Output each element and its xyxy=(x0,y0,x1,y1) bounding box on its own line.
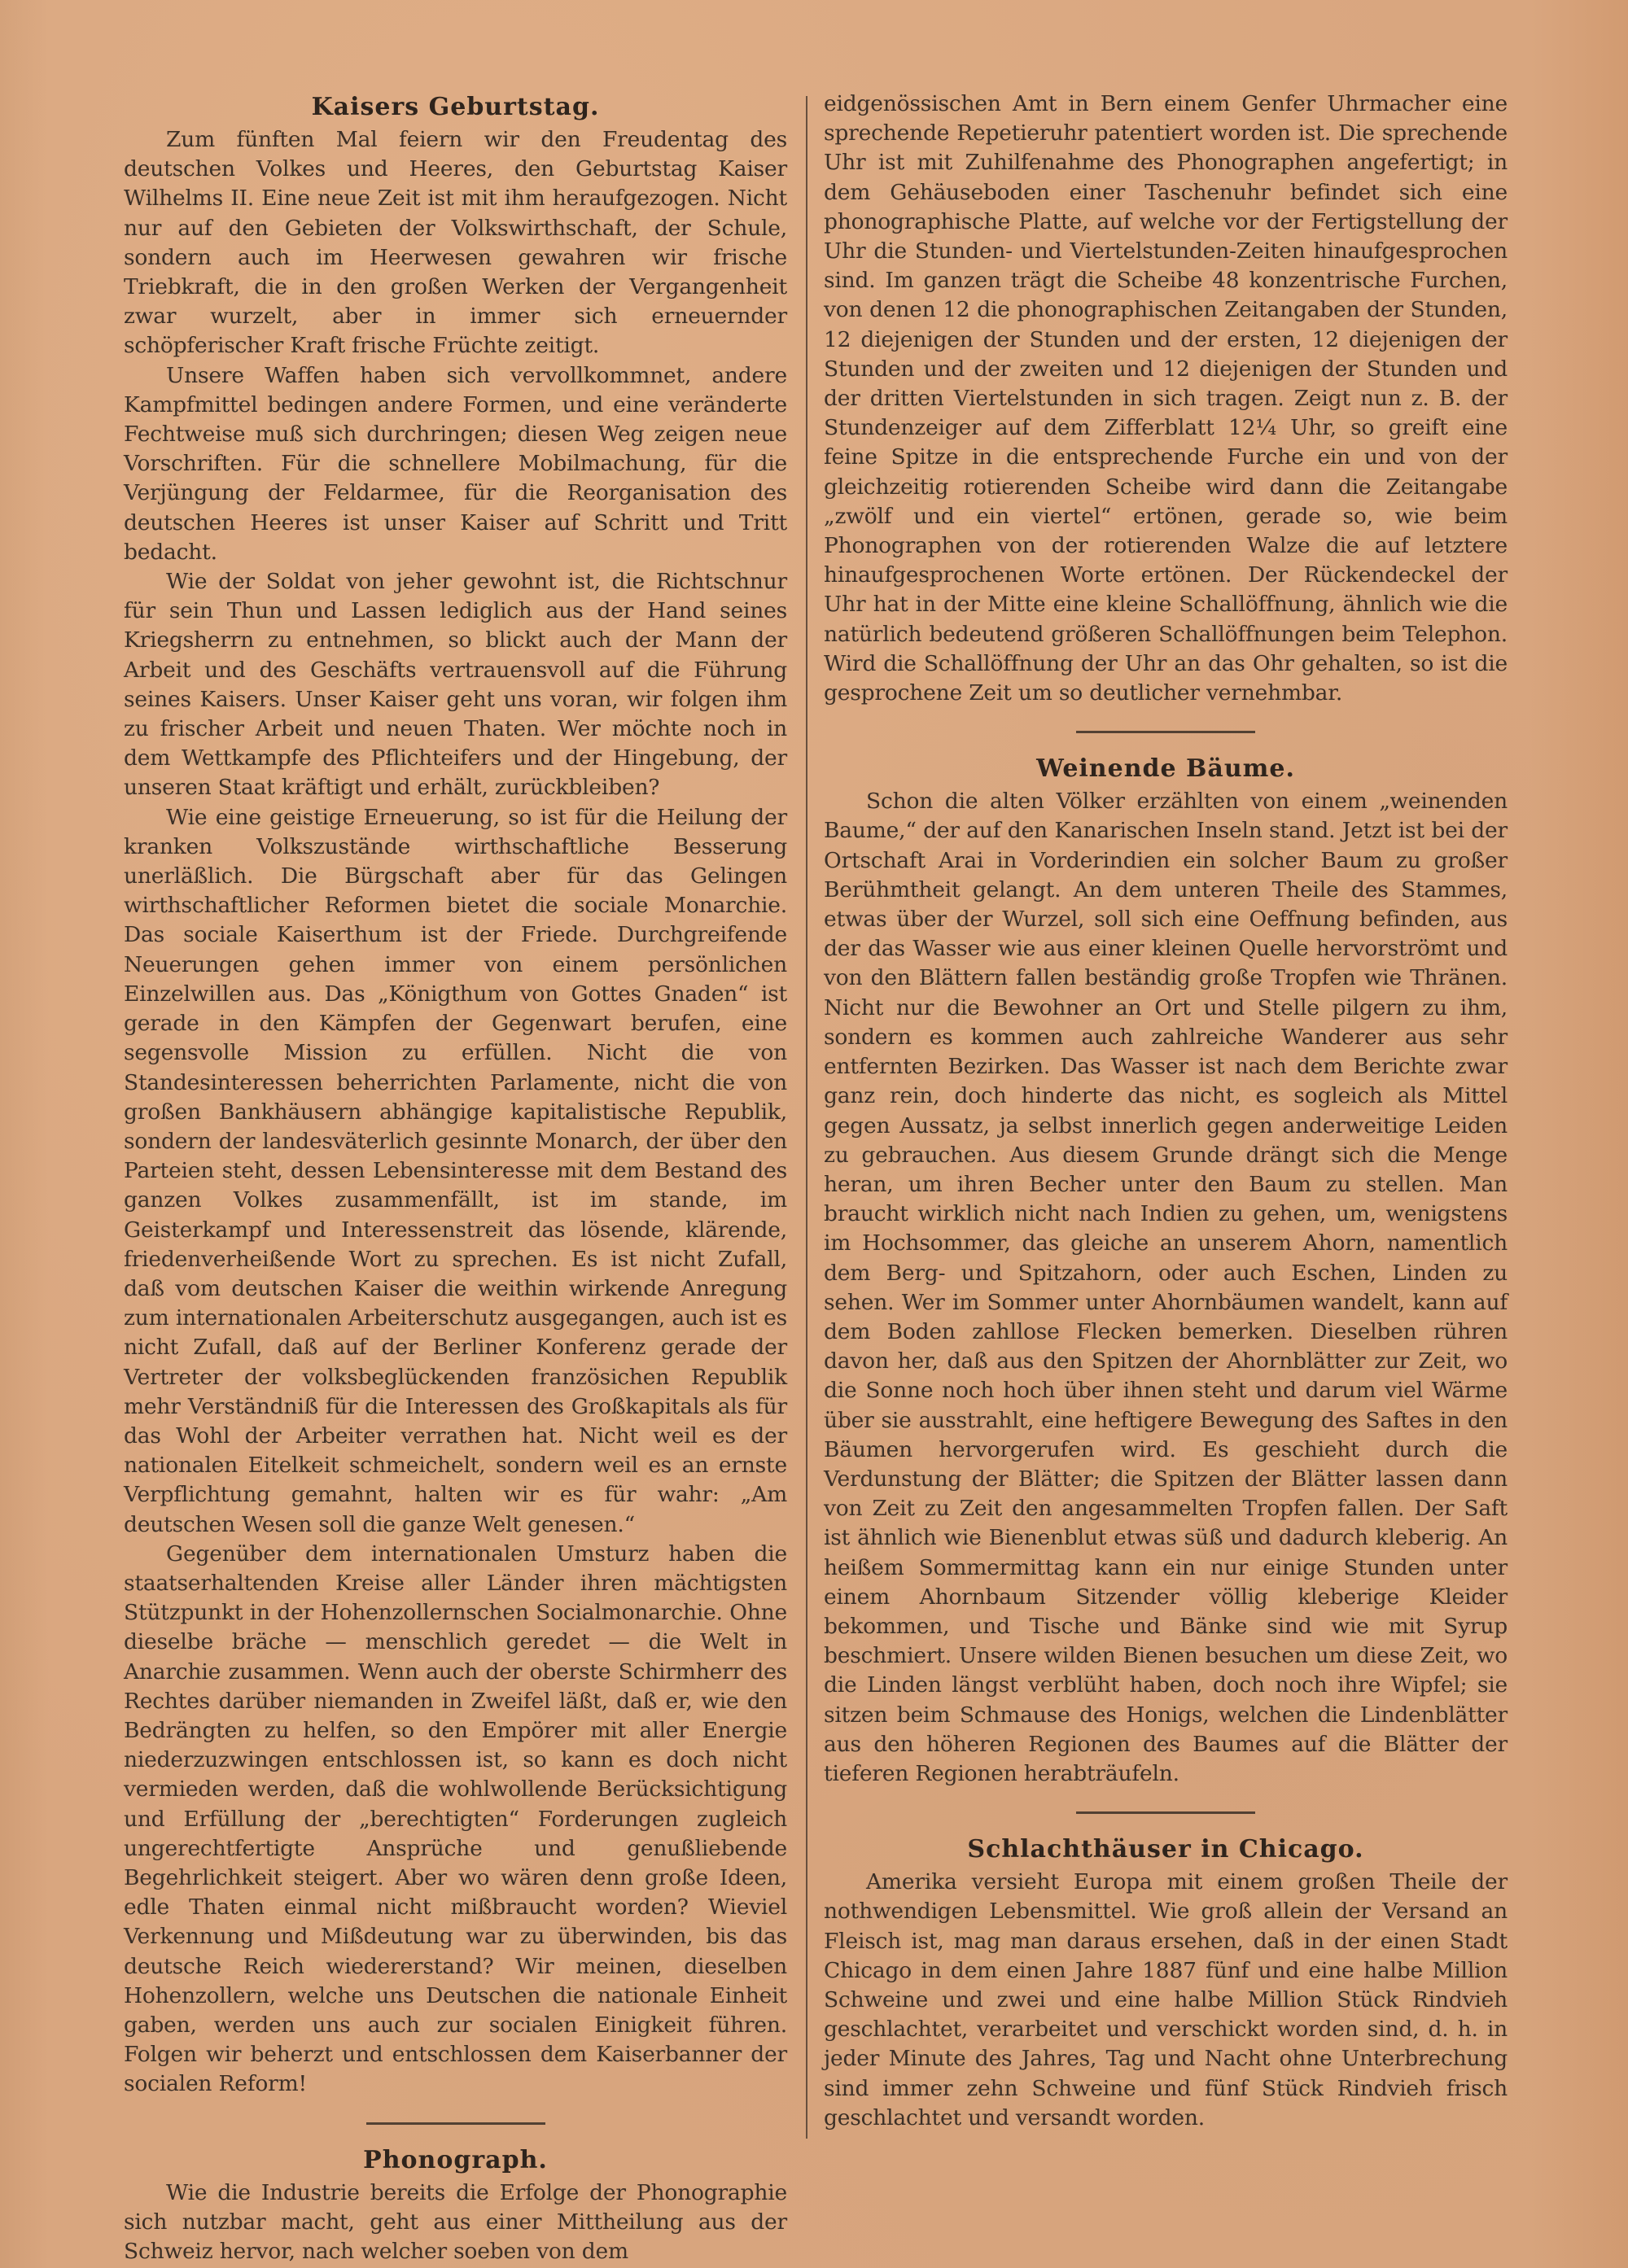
section-divider xyxy=(366,2122,545,2125)
article-paragraph: Unsere Waffen haben sich vervollkommnet,… xyxy=(124,361,787,567)
article-paragraph: Schon die alten Völker erzählten von ein… xyxy=(824,787,1508,1789)
article-paragraph: Wie der Soldat von jeher gewohnt ist, di… xyxy=(124,567,787,803)
article-weinende-baeume: Weinende Bäume. Schon die alten Völker e… xyxy=(824,754,1508,1789)
article-title: Phonograph. xyxy=(124,2146,787,2175)
article-paragraph: eidgenössischen Amt in Bern einem Genfer… xyxy=(824,90,1508,708)
article-paragraph: Amerika versieht Europa mit einem großen… xyxy=(824,1868,1508,2133)
section-divider xyxy=(1076,731,1255,733)
article-phonograph-continued: eidgenössischen Amt in Bern einem Genfer… xyxy=(824,90,1508,708)
column-divider-rule xyxy=(806,96,807,2139)
article-phonograph: Phonograph. Wie die Industrie bereits di… xyxy=(124,2146,787,2267)
section-divider xyxy=(1076,1811,1255,1814)
article-kaisers-geburtstag: Kaisers Geburtstag. Zum fünften Mal feie… xyxy=(124,93,787,2100)
left-column: Kaisers Geburtstag. Zum fünften Mal feie… xyxy=(124,81,787,2266)
article-title: Kaisers Geburtstag. xyxy=(124,93,787,122)
newspaper-page: Kaisers Geburtstag. Zum fünften Mal feie… xyxy=(0,0,1628,2268)
article-title: Schlachthäuser in Chicago. xyxy=(824,1835,1508,1864)
article-paragraph: Wie die Industrie bereits die Erfolge de… xyxy=(124,2178,787,2267)
article-paragraph: Gegenüber dem internationalen Umsturz ha… xyxy=(124,1540,787,2100)
article-paragraph: Zum fünften Mal feiern wir den Freudenta… xyxy=(124,125,787,361)
right-column: eidgenössischen Amt in Bern einem Genfer… xyxy=(824,90,1508,2133)
article-schlachthaeuser-chicago: Schlachthäuser in Chicago. Amerika versi… xyxy=(824,1835,1508,2133)
article-title: Weinende Bäume. xyxy=(824,754,1508,784)
article-paragraph: Wie eine geistige Erneuerung, so ist für… xyxy=(124,803,787,1540)
